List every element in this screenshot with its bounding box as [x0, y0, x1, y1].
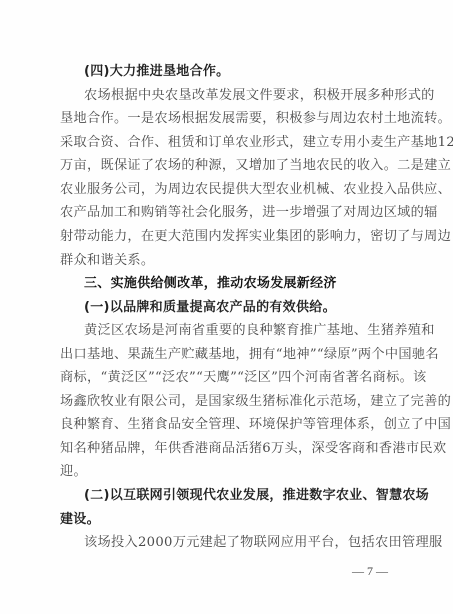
text-line: 该场投入2000万元建起了物联网应用平台，包括农田管理服	[84, 533, 396, 553]
text-line: 黄泛区农场是河南省重要的良种繁育推广基地、生猪养殖和	[84, 321, 396, 341]
text-line: 良种繁育、生猪食品安全管理、环境保护等管理体系，创立了中国	[60, 415, 396, 435]
text-line: 农场根据中央农垦改革发展文件要求，积极开展多种形式的	[84, 86, 396, 106]
text-line: 农产品加工和购销等社会化服务，进一步增强了对周边区域的辐	[60, 203, 396, 223]
text-line: 万亩，既保证了农场的种源，又增加了当地农民的收入。二是建立	[60, 156, 396, 176]
text-line: 射带动能力，在更大范围内发挥实业集团的影响力，密切了与周边	[60, 227, 396, 247]
heading-line: (二)以互联网引领现代农业发展，推进数字农业、智慧农场	[84, 486, 396, 506]
heading-line: 三、实施供给侧改革，推动农场发展新经济	[84, 274, 396, 294]
heading-line: (一)以品牌和质量提高农产品的有效供给。	[84, 298, 396, 318]
text-line: 迎。	[60, 462, 396, 482]
text-line: 出口基地、果蔬生产贮藏基地，拥有“地神”“绿原”两个中国驰名	[60, 345, 396, 365]
heading-line: 建设。	[60, 510, 396, 530]
text-line: 群众和谐关系。	[60, 251, 396, 271]
text-line: 商标，“黄泛区”“泛农”“天鹰”“泛区”四个河南省著名商标。该	[60, 368, 396, 388]
heading-line: (四)大力推进垦地合作。	[84, 62, 396, 82]
text-line: 场鑫欣牧业有限公司，是国家级生猪标准化示范场，建立了完善的	[60, 392, 396, 412]
page-number: — 7 —	[352, 564, 388, 579]
document-page: (四)大力推进垦地合作。农场根据中央农垦改革发展文件要求，积极开展多种形式的垦地…	[0, 0, 453, 614]
text-line: 知名种猪品牌，年供香港商品活猪6万头，深受客商和香港市民欢	[60, 439, 396, 459]
text-line: 采取合资、合作、租赁和订单农业形式，建立专用小麦生产基地12	[60, 133, 396, 153]
text-line: 农业服务公司，为周边农民提供大型农业机械、农业投入品供应、	[60, 180, 396, 200]
text-line: 垦地合作。一是农场根据发展需要，积极参与周边农村土地流转。	[60, 109, 396, 129]
